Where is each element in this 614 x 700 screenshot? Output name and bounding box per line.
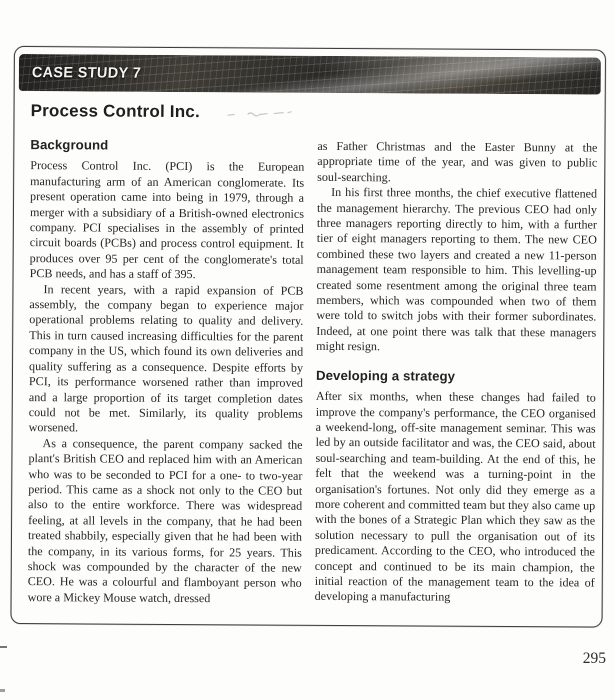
section-heading-background: Background: [30, 137, 304, 154]
right-text-column: as Father Christmas and the Easter Bunny…: [315, 139, 598, 606]
paragraph-pci-intro: Process Control Inc. (PCI) is the Europe…: [30, 159, 305, 284]
paragraph-flattened-hierarchy: In his first three months, the chief exe…: [316, 185, 597, 356]
case-study-banner: CASE STUDY 7: [19, 54, 601, 95]
scanned-book-page: CASE STUDY 7 Process Control Inc. Backgr…: [0, 0, 614, 700]
page-number: 295: [552, 650, 606, 668]
title-row: Process Control Inc.: [31, 101, 306, 123]
left-text-column: Background Process Control Inc. (PCI) is…: [28, 137, 305, 607]
scan-artifact-speck: [0, 689, 5, 692]
paragraph-strategy-seminar: After six months, when these changes had…: [315, 389, 596, 606]
case-title: Process Control Inc.: [31, 101, 200, 122]
paragraph-ceo-sacked: As a consequence, the parent company sac…: [28, 436, 303, 607]
section-heading-developing-a-strategy: Developing a strategy: [316, 368, 596, 385]
pencil-scribble-marks: [226, 109, 306, 119]
scan-artifact-speck: [0, 646, 7, 648]
case-study-panel: CASE STUDY 7 Process Control Inc. Backgr…: [10, 46, 606, 628]
case-study-banner-label: CASE STUDY 7: [31, 64, 141, 82]
paragraph-father-christmas-continuation: as Father Christmas and the Easter Bunny…: [317, 139, 597, 187]
paragraph-operational-problems: In recent years, with a rapid expansion …: [29, 282, 304, 438]
